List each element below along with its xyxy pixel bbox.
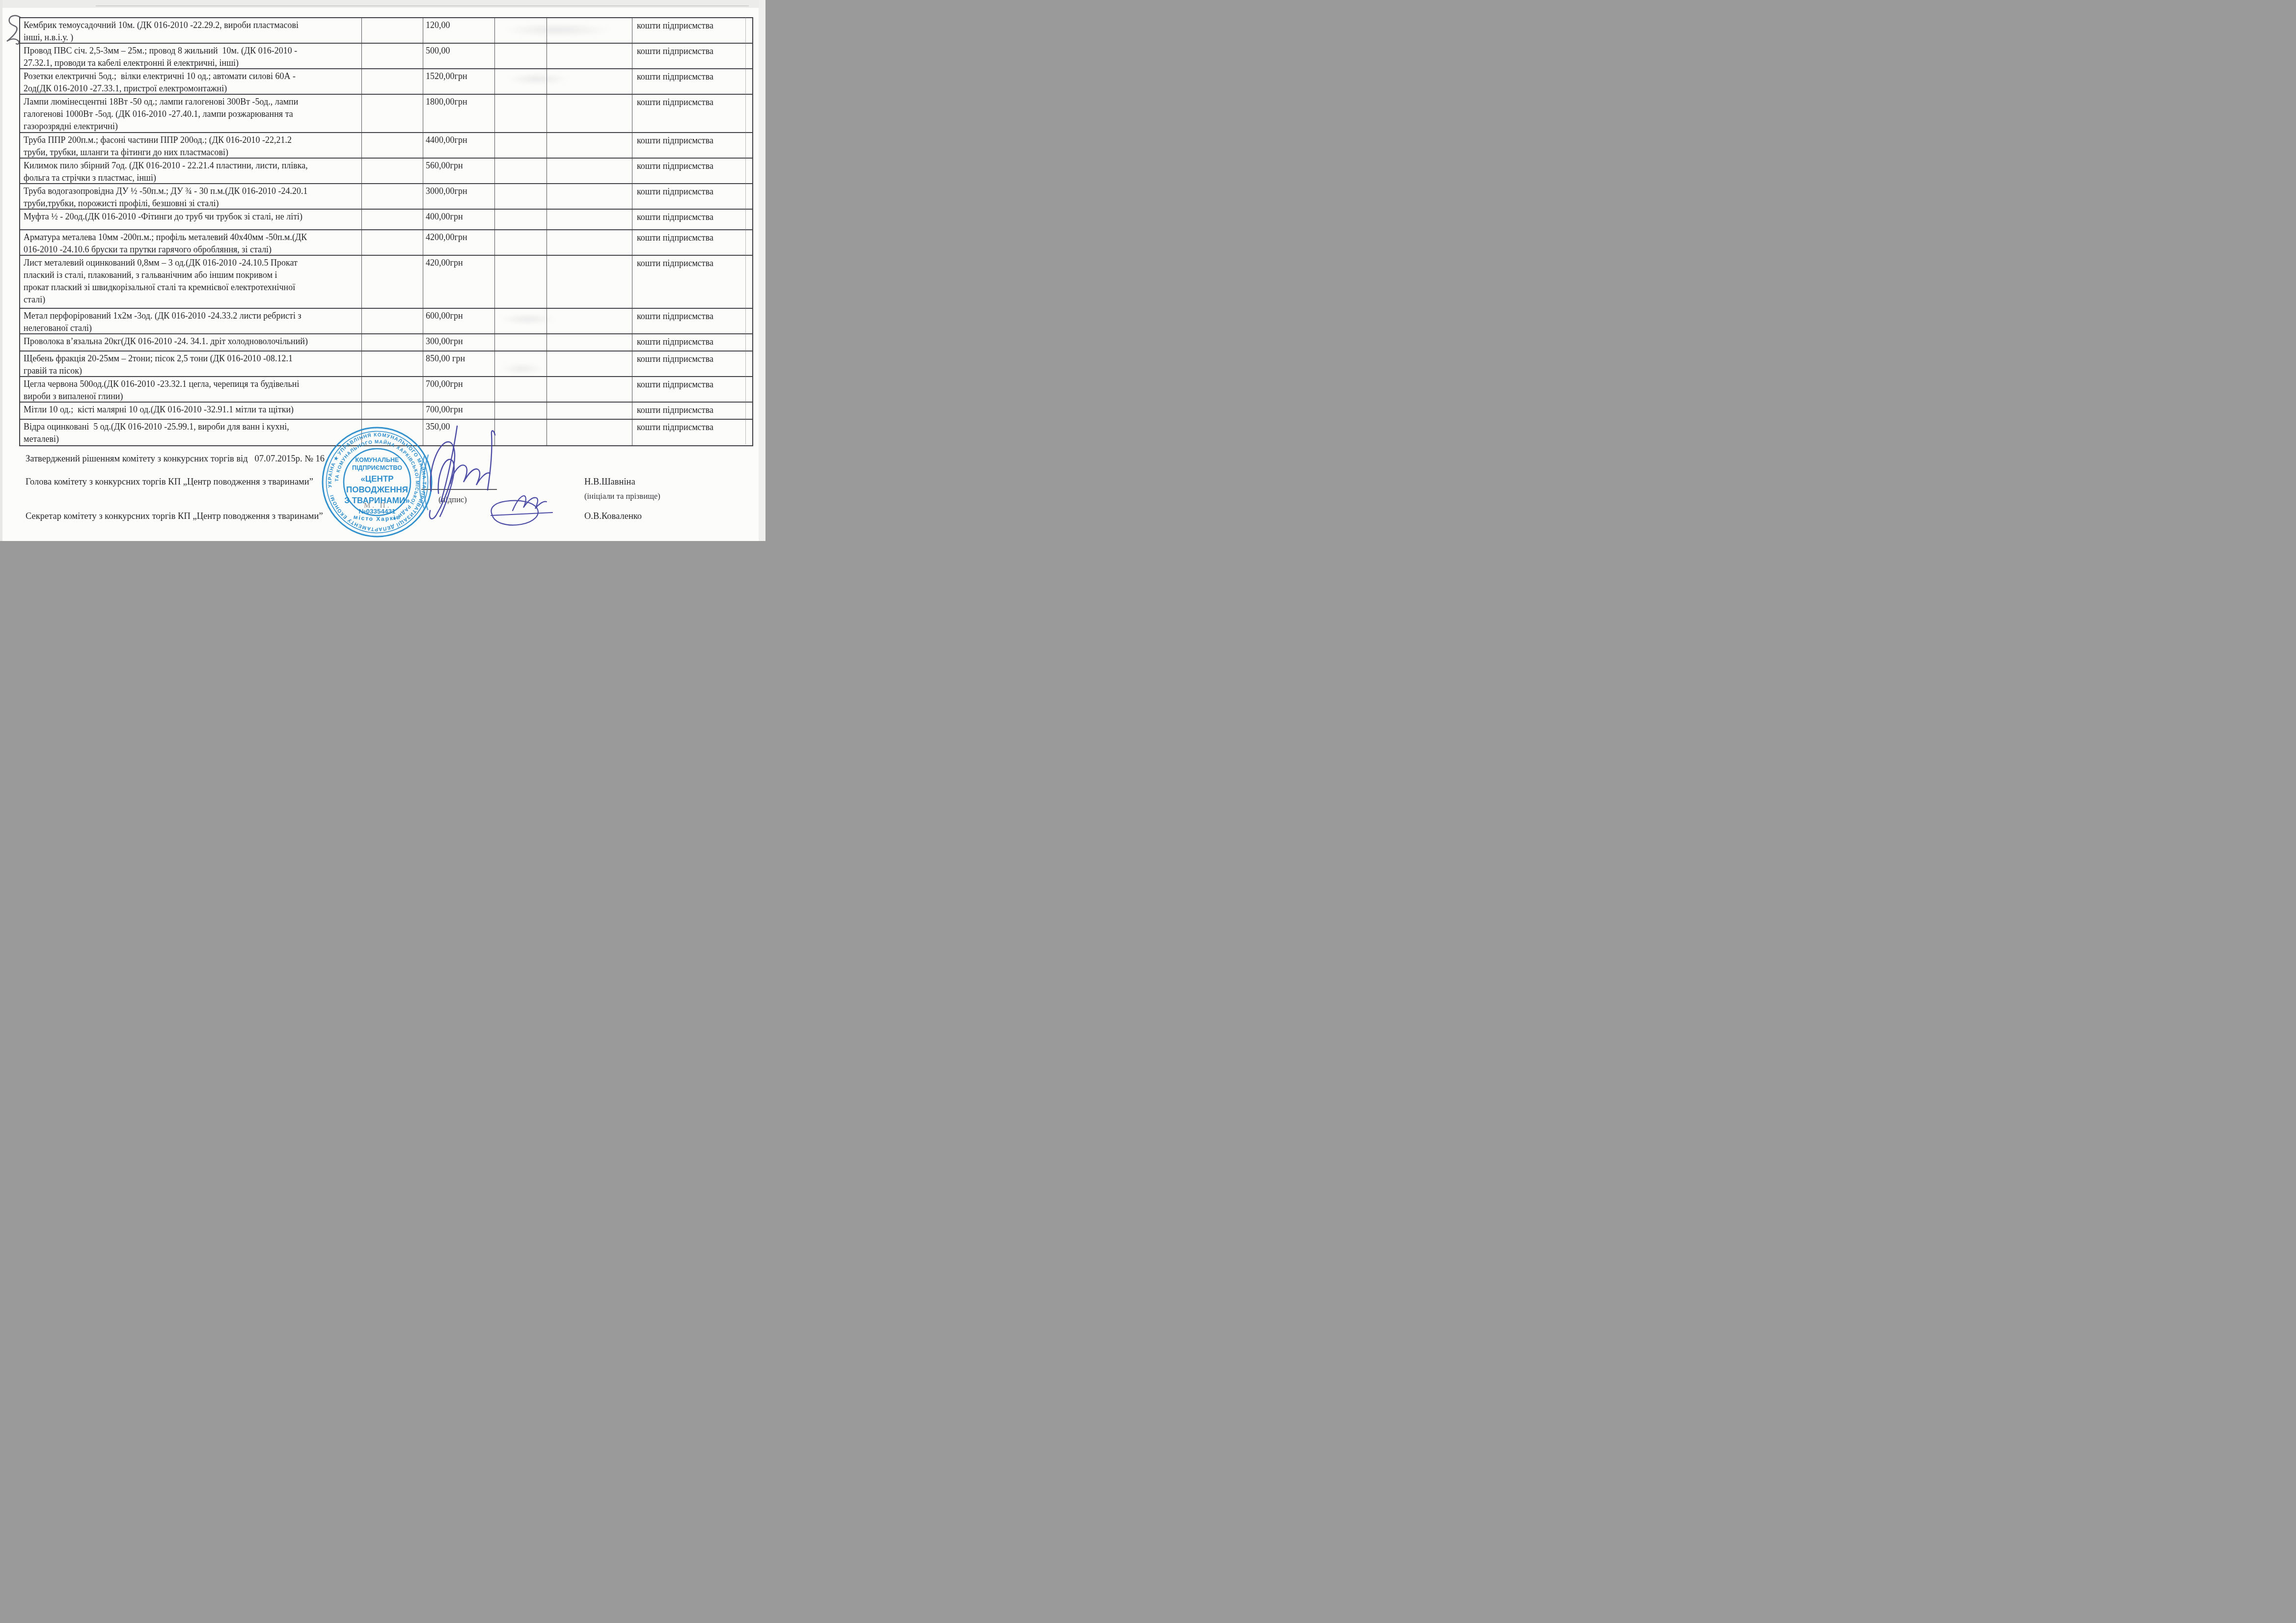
item-price: 350,00 bbox=[423, 420, 495, 445]
empty-cell bbox=[495, 403, 547, 419]
empty-cell bbox=[547, 420, 632, 445]
scan-bleedthrough bbox=[498, 314, 557, 324]
empty-cell bbox=[547, 210, 632, 229]
approval-line: Затверджений рішенням комітету з конкурс… bbox=[26, 454, 325, 464]
page-edge-right bbox=[759, 0, 765, 541]
empty-cell bbox=[547, 377, 632, 402]
table-row: Килимок пило збірний 7од. (ДК 016-2010 -… bbox=[20, 159, 752, 184]
empty-cell bbox=[547, 309, 632, 333]
empty-cell bbox=[547, 44, 632, 68]
empty-cell bbox=[495, 230, 547, 255]
empty-cell bbox=[362, 95, 423, 132]
empty-cell bbox=[547, 133, 632, 158]
funding-source: кошти підприємства bbox=[632, 133, 752, 158]
secretary-name: О.В.Коваленко bbox=[584, 512, 642, 522]
empty-cell bbox=[362, 133, 423, 158]
empty-cell bbox=[495, 95, 547, 132]
item-price: 300,00грн bbox=[423, 334, 495, 351]
empty-cell bbox=[362, 377, 423, 402]
funding-source: кошти підприємства bbox=[632, 420, 752, 445]
item-price: 4400,00грн bbox=[423, 133, 495, 158]
svg-text:місто Харків: місто Харків bbox=[353, 514, 402, 522]
stamp-center-line: ПОВОДЖЕННЯ bbox=[346, 485, 408, 494]
item-price: 4200,00грн bbox=[423, 230, 495, 255]
empty-cell bbox=[547, 403, 632, 419]
item-description: Мітли 10 од.; кісті малярні 10 од.(ДК 01… bbox=[20, 403, 362, 419]
item-price: 1800,00грн bbox=[423, 95, 495, 132]
empty-cell bbox=[362, 18, 423, 43]
chairman-line: Голова комітету з конкурсних торгів КП „… bbox=[26, 477, 313, 487]
funding-source: кошти підприємства bbox=[632, 352, 752, 376]
empty-cell bbox=[495, 133, 547, 158]
scan-bleedthrough bbox=[500, 364, 544, 373]
empty-cell bbox=[362, 334, 423, 351]
item-description: Відра оцинковані 5 од.(ДК 016-2010 -25.9… bbox=[20, 420, 362, 445]
stamp-center-line: «ЦЕНТР bbox=[360, 474, 393, 484]
empty-cell bbox=[547, 352, 632, 376]
funding-source: кошти підприємства bbox=[632, 334, 752, 351]
table-row: Цегла червона 500од.(ДК 016-2010 -23.32.… bbox=[20, 377, 752, 403]
empty-cell bbox=[495, 420, 547, 445]
item-price: 1520,00грн bbox=[423, 69, 495, 94]
empty-cell bbox=[362, 403, 423, 419]
empty-cell bbox=[495, 377, 547, 402]
scanned-document-page: Кембрик темоусадочний 10м. (ДК 016-2010 … bbox=[0, 0, 765, 541]
item-description: Цегла червона 500од.(ДК 016-2010 -23.32.… bbox=[20, 377, 362, 402]
signature-ink-overlap bbox=[419, 455, 428, 510]
empty-cell bbox=[547, 334, 632, 351]
secretary-signature bbox=[491, 496, 552, 525]
table-edge-scan-artifact bbox=[745, 17, 746, 444]
table-row: Відра оцинковані 5 од.(ДК 016-2010 -25.9… bbox=[20, 420, 752, 445]
item-description: Кембрик темоусадочний 10м. (ДК 016-2010 … bbox=[20, 18, 362, 43]
table-row: Проволока в’язальна 20кг(ДК 016-2010 -24… bbox=[20, 334, 752, 352]
table-row: Мітли 10 од.; кісті малярні 10 од.(ДК 01… bbox=[20, 403, 752, 420]
previous-row-remnant-line bbox=[96, 5, 749, 6]
stamp-city-text: місто Харків bbox=[353, 514, 402, 522]
funding-source: кошти підприємства bbox=[632, 230, 752, 255]
items-table: Кембрик темоусадочний 10м. (ДК 016-2010 … bbox=[19, 17, 753, 446]
empty-cell bbox=[362, 184, 423, 209]
svg-text:ТА КОМУНАЛЬНОГО МАЙНА ХАРКІВСЬ: ТА КОМУНАЛЬНОГО МАЙНА ХАРКІВСЬКОЇ МІСЬКО… bbox=[328, 433, 427, 531]
chairman-name: Н.В.Шавніна bbox=[584, 477, 635, 487]
item-price: 560,00грн bbox=[423, 159, 495, 183]
mp-seal-place-label: М. П. bbox=[364, 502, 391, 510]
item-price: 3000,00грн bbox=[423, 184, 495, 209]
item-description: Муфта ½ - 20од.(ДК 016-2010 -Фітинги до … bbox=[20, 210, 362, 229]
empty-cell bbox=[495, 159, 547, 183]
item-description: Арматура металева 10мм -200п.м.; профіль… bbox=[20, 230, 362, 255]
empty-cell bbox=[495, 44, 547, 68]
signature-caption: (підпис) bbox=[438, 495, 467, 505]
item-price: 120,00 bbox=[423, 18, 495, 43]
funding-source: кошти підприємства bbox=[632, 69, 752, 94]
item-price: 400,00грн bbox=[423, 210, 495, 229]
item-description: Труба ППР 200п.м.; фасоні частини ППР 20… bbox=[20, 133, 362, 158]
funding-source: кошти підприємства bbox=[632, 256, 752, 308]
item-description: Килимок пило збірний 7од. (ДК 016-2010 -… bbox=[20, 159, 362, 183]
empty-cell bbox=[362, 352, 423, 376]
item-price: 700,00грн bbox=[423, 377, 495, 402]
table-row: Лист металевий оцинкований 0,8мм – 3 од.… bbox=[20, 256, 752, 309]
table-row: Провод ПВС січ. 2,5-3мм – 25м.; провод 8… bbox=[20, 44, 752, 69]
funding-source: кошти підприємства bbox=[632, 210, 752, 229]
item-description: Метал перфорірований 1х2м -3од. (ДК 016-… bbox=[20, 309, 362, 333]
funding-source: кошти підприємства bbox=[632, 18, 752, 43]
item-description: Лампи люмінесцентні 18Вт -50 од.; лампи … bbox=[20, 95, 362, 132]
funding-source: кошти підприємства bbox=[632, 184, 752, 209]
empty-cell bbox=[362, 420, 423, 445]
empty-cell bbox=[362, 210, 423, 229]
item-description: Проволока в’язальна 20кг(ДК 016-2010 -24… bbox=[20, 334, 362, 351]
empty-cell bbox=[495, 256, 547, 308]
funding-source: кошти підприємства bbox=[632, 377, 752, 402]
scan-bleedthrough bbox=[506, 74, 570, 84]
funding-source: кошти підприємства bbox=[632, 159, 752, 183]
item-price: 420,00грн bbox=[423, 256, 495, 308]
page-edge-left bbox=[0, 0, 2, 541]
funding-source: кошти підприємства bbox=[632, 309, 752, 333]
funding-source: кошти підприємства bbox=[632, 95, 752, 132]
table-row: Лампи люмінесцентні 18Вт -50 од.; лампи … bbox=[20, 95, 752, 133]
table-row: Муфта ½ - 20од.(ДК 016-2010 -Фітинги до … bbox=[20, 210, 752, 230]
empty-cell bbox=[495, 334, 547, 351]
empty-cell bbox=[547, 230, 632, 255]
empty-cell bbox=[547, 95, 632, 132]
empty-cell bbox=[495, 184, 547, 209]
item-description: Провод ПВС січ. 2,5-3мм – 25м.; провод 8… bbox=[20, 44, 362, 68]
empty-cell bbox=[547, 159, 632, 183]
funding-source: кошти підприємства bbox=[632, 403, 752, 419]
stamp-center-line: КОМУНАЛЬНЕ bbox=[355, 457, 399, 463]
empty-cell bbox=[362, 69, 423, 94]
item-price: 850,00 грн bbox=[423, 352, 495, 376]
item-description: Труба водогазопровідна ДУ ½ -50п.м.; ДУ … bbox=[20, 184, 362, 209]
secretary-line: Секретар комітету з конкурсних торгів КП… bbox=[26, 512, 323, 522]
table-row: Метал перфорірований 1х2м -3од. (ДК 016-… bbox=[20, 309, 752, 334]
table-row: Щебень фракція 20-25мм – 2тони; пісок 2,… bbox=[20, 352, 752, 377]
table-row: Кембрик темоусадочний 10м. (ДК 016-2010 … bbox=[20, 18, 752, 44]
item-description: Розетки електричні 5од.; вілки електричн… bbox=[20, 69, 362, 94]
item-price: 700,00грн bbox=[423, 403, 495, 419]
item-price: 600,00грн bbox=[423, 309, 495, 333]
empty-cell bbox=[362, 256, 423, 308]
empty-cell bbox=[547, 184, 632, 209]
empty-cell bbox=[547, 256, 632, 308]
empty-cell bbox=[495, 210, 547, 229]
empty-cell bbox=[362, 309, 423, 333]
empty-cell bbox=[362, 44, 423, 68]
table-row: Арматура металева 10мм -200п.м.; профіль… bbox=[20, 230, 752, 256]
item-description: Лист металевий оцинкований 0,8мм – 3 од.… bbox=[20, 256, 362, 308]
initials-caption: (ініціали та прізвище) bbox=[584, 491, 660, 501]
signature-line bbox=[421, 489, 497, 490]
funding-source: кошти підприємства bbox=[632, 44, 752, 68]
stamp-center-line: ПІДПРИЄМСТВО bbox=[352, 464, 402, 471]
item-price: 500,00 bbox=[423, 44, 495, 68]
page-edge-top bbox=[0, 0, 765, 8]
empty-cell bbox=[362, 159, 423, 183]
empty-cell bbox=[362, 230, 423, 255]
table-row: Труба ППР 200п.м.; фасоні частини ППР 20… bbox=[20, 133, 752, 159]
item-description: Щебень фракція 20-25мм – 2тони; пісок 2,… bbox=[20, 352, 362, 376]
table-row: Розетки електричні 5од.; вілки електричн… bbox=[20, 69, 752, 95]
table-row: Труба водогазопровідна ДУ ½ -50п.м.; ДУ … bbox=[20, 184, 752, 210]
stamp-inner-ring-text: ТА КОМУНАЛЬНОГО МАЙНА ХАРКІВСЬКОЇ МІСЬКО… bbox=[328, 433, 427, 531]
scan-bleedthrough bbox=[501, 24, 614, 36]
